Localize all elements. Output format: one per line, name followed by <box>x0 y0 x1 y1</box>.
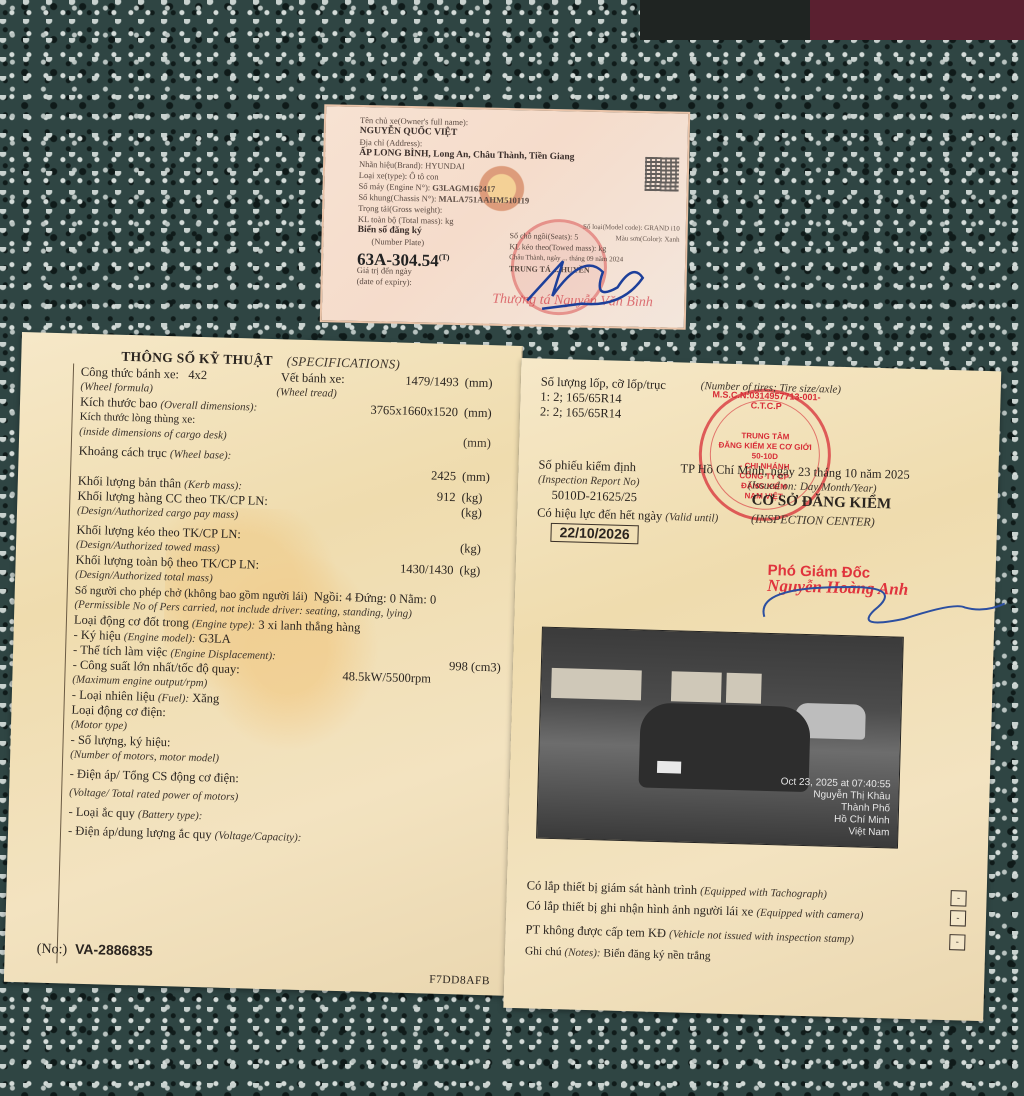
motor-type-label: Loại động cơ điện: <box>71 703 166 720</box>
engine-no-label: Số máy (Engine N°): <box>359 181 431 192</box>
unit: (mm) <box>463 435 507 451</box>
center-title: CƠ SỞ ĐĂNG KIỂM <box>751 493 891 512</box>
towed-mass-label-en: (Design/Authorized towed mass) <box>76 539 220 555</box>
battery-capacity-label: - Điện áp/dung lượng ắc quy <box>68 823 212 841</box>
valid-label: Có hiệu lực đến hết ngày <box>537 505 662 522</box>
photo-caption-line: Việt Nam <box>779 824 889 839</box>
check-label: Có lắp thiết bị giám sát hành trình <box>527 878 701 897</box>
report-no: 5010D-21625/25 <box>551 488 637 504</box>
chassis-no: MALA751AAHM510119 <box>438 194 529 206</box>
vehicle-inspection-photo: Oct 23, 2025 at 07:40:55Nguyễn Thị KhâuT… <box>536 627 904 849</box>
engine-model-label: - Ký hiệu <box>73 628 121 643</box>
report-no-label-en: (Inspection Report No) <box>538 473 640 488</box>
wheel-tread-label-en: (Wheel tread) <box>276 385 337 402</box>
total-mass-label-en: (Design/Authorized total mass) <box>75 569 213 585</box>
wheel-tread: 1479/1493 <box>405 374 459 389</box>
specs-title-en: (SPECIFICATIONS) <box>287 353 401 371</box>
plate-suffix: (T) <box>439 253 450 262</box>
doc-no: VA-2886835 <box>75 941 153 959</box>
inspection-certificate-booklet: THÔNG SỐ KỸ THUẬT(SPECIFICATIONS) Công t… <box>2 332 1011 1069</box>
cargo-dim-label: Kích thước lòng thùng xe: <box>79 411 195 426</box>
displacement-label: - Thể tích làm việc <box>73 643 168 660</box>
engine-type-label-en: (Engine type): <box>192 618 256 632</box>
unit: (mm) <box>465 375 509 391</box>
valid-label-en: (Valid until) <box>665 511 718 524</box>
notes-value: Biển đăng ký nền trắng <box>603 947 711 962</box>
power-label-en: (Maximum engine output/rpm) <box>72 674 207 690</box>
fuel-label-en: (Fuel): <box>158 692 189 705</box>
unit: (kg) <box>459 563 503 579</box>
wheelbase: 2425 <box>431 468 456 483</box>
battery-type-label-en: (Battery type): <box>138 808 203 822</box>
wheel-formula-label: Công thức bánh xe: <box>81 365 179 382</box>
motor-voltage-label-en: (Voltage/ Total rated power of motors) <box>69 786 238 803</box>
overall-dimensions: 3765x1660x1520 <box>370 403 458 419</box>
total-mass: 1430/1430 <box>400 562 454 577</box>
engine-model-label-en: (Engine model): <box>124 631 196 645</box>
check-label-en: (Equipped with camera) <box>756 907 863 922</box>
specs-title: THÔNG SỐ KỸ THUẬT <box>121 349 273 368</box>
valid-until-date: 22/10/2026 <box>550 523 639 544</box>
inspection-page: M.S.C.N:0314957713-001-C.T.C.P TRUNG TÂM… <box>503 358 1001 1021</box>
motor-count-label: - Số lượng, ký hiệu: <box>70 733 170 750</box>
checkbox: - <box>950 910 966 926</box>
engine-no: G3LAGM162417 <box>432 182 495 193</box>
serial-code: F7DD8AFB <box>429 973 490 990</box>
vehicle-registration-card: Tên chủ xe(Owner's full name): NGUYỄN QU… <box>320 104 690 330</box>
motor-type-label-en: (Motor type) <box>71 719 127 733</box>
wheel-formula: 4x2 <box>188 368 207 383</box>
kerb-mass-label: Khối lượng bản thân <box>78 474 182 491</box>
fuel: Xăng <box>192 691 219 706</box>
battery-capacity-label-en: (Voltage/Capacity): <box>215 830 302 844</box>
checkbox: - <box>950 890 966 906</box>
unit: (mm) <box>462 469 506 485</box>
wheelbase-label-en: (Wheel base): <box>170 448 232 462</box>
chassis-no-label: Số khung(Chassis N°): <box>358 192 436 204</box>
overall-dim-label: Kích thước bao <box>80 395 158 411</box>
kerb-mass-label-en: (Kerb mass): <box>184 479 242 493</box>
signature-icon <box>522 240 663 313</box>
photo-timestamp: Oct 23, 2025 at 07:40:55Nguyễn Thị KhâuT… <box>779 776 891 839</box>
checkbox: - <box>949 934 965 950</box>
wheelbase-label: Khoảng cách trục <box>79 444 168 460</box>
cargo-dim-label-en: (inside dimensions of cargo desk) <box>79 426 227 442</box>
wheel-formula-label-en: (Wheel formula) <box>80 381 153 395</box>
report-no-label: Số phiếu kiểm định <box>538 457 636 474</box>
cargo-mass-label-en: (Design/Authorized cargo pay mass) <box>77 505 238 521</box>
wheel-tread-label: Vết bánh xe: <box>281 370 345 387</box>
engine-model: G3LA <box>199 631 231 646</box>
check-label: PT không được cấp tem KĐ <box>525 922 669 940</box>
center-title-en: (INSPECTION CENTER) <box>751 511 875 529</box>
motor-count-label-en: (Number of motors, motor model) <box>70 749 219 765</box>
specifications-page: THÔNG SỐ KỸ THUẬT(SPECIFICATIONS) Công t… <box>4 332 523 996</box>
check-label-en: (Vehicle not issued with inspection stam… <box>669 928 854 945</box>
unit: (mm) <box>464 405 508 421</box>
doc-no-label: (No:) <box>37 942 68 958</box>
fuel-label: - Loại nhiên liệu <box>72 688 155 704</box>
background-object <box>640 0 1024 40</box>
check-label-en: (Equipped with Tachograph) <box>700 885 827 901</box>
engine-type: 3 xi lanh thẳng hàng <box>258 618 360 635</box>
notes-label-en: (Notes): <box>564 946 603 959</box>
notes-label: Ghi chú <box>525 945 565 958</box>
battery-type-label: - Loại ắc quy <box>68 804 135 820</box>
